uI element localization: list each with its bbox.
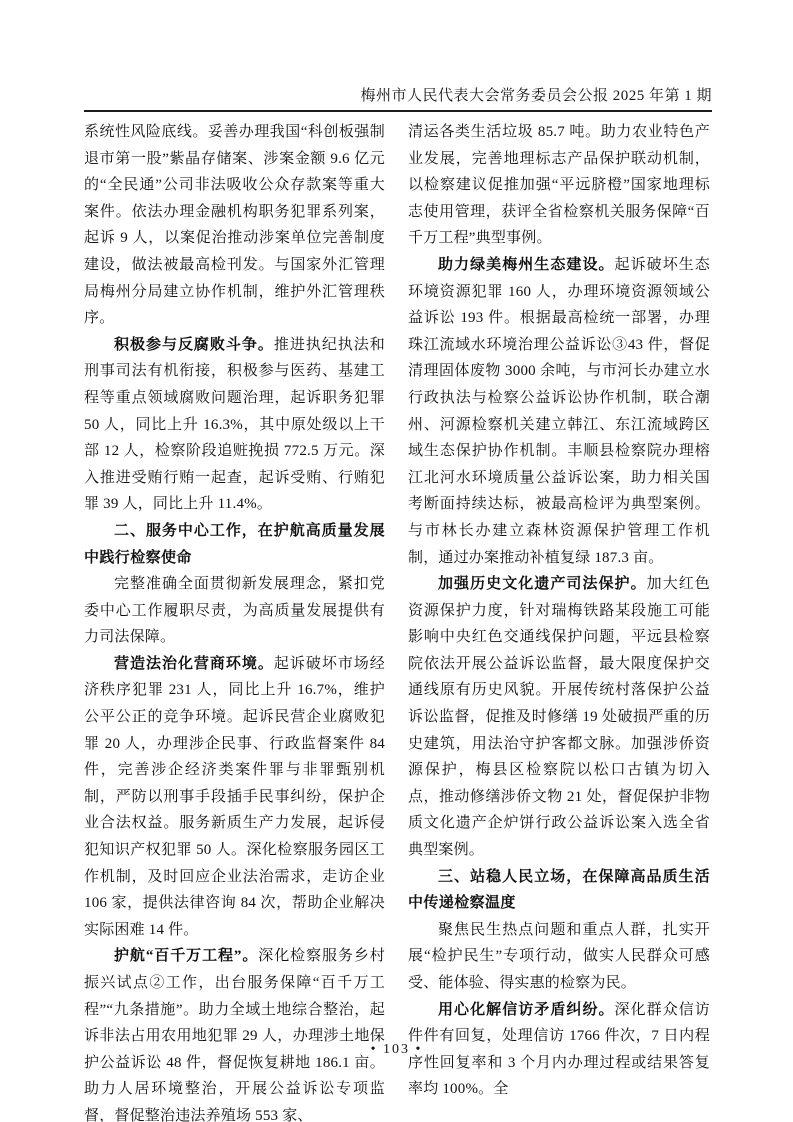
page-number: • 103 • <box>0 1042 793 1058</box>
right-column: 清运各类生活垃圾 85.7 吨。助力农业特色产业发展，完善地理标志产品保护联动机… <box>408 119 710 1103</box>
paragraph-lead: 用心化解信访矛盾纠纷。 <box>438 1002 615 1018</box>
paragraph: 完整准确全面贯彻新发展理念，紧扣党委中心工作履职尽责，为高质量发展提供有力司法保… <box>84 571 385 651</box>
paragraph: 系统性风险底线。妥善办理我国“科创板强制退市第一股”紫晶存储案、涉案金额 9.6… <box>84 119 385 332</box>
paragraph-lead: 护航“百千万工程”。 <box>114 948 258 964</box>
paragraph-lead: 加强历史文化遗产司法保护。 <box>438 576 647 592</box>
paragraph-text: 加大红色资源保护力度，针对瑞梅铁路某段施工可能影响中央红色交通线保护问题，平远县… <box>408 576 710 858</box>
section-heading-text: 三、站稳人民立场，在保障高品质生活中传递检察温度 <box>408 868 710 912</box>
paragraph: 护航“百千万工程”。深化检察服务乡村振兴试点②工作，出台服务保障“百千万工程”“… <box>84 943 385 1122</box>
paragraph-lead: 营造法治化营商环境。 <box>114 656 274 672</box>
section-heading: 二、服务中心工作，在护航高质量发展中践行检察使命 <box>84 518 385 571</box>
paragraph: 清运各类生活垃圾 85.7 吨。助力农业特色产业发展，完善地理标志产品保护联动机… <box>408 119 710 252</box>
header-rule <box>84 110 712 112</box>
section-heading-text: 二、服务中心工作，在护航高质量发展中践行检察使命 <box>84 522 385 566</box>
section-heading: 三、站稳人民立场，在保障高品质生活中传递检察温度 <box>408 864 710 917</box>
paragraph-text: 聚焦民生热点问题和重点人群，扎实开展“检护民生”专项行动，做实人民群众可感受、能… <box>408 922 710 991</box>
paragraph: 聚焦民生热点问题和重点人群，扎实开展“检护民生”专项行动，做实人民群众可感受、能… <box>408 917 710 997</box>
paragraph-text: 起诉破坏生态环境资源犯罪 160 人，办理环境资源领域公益诉讼 193 件。根据… <box>408 257 710 566</box>
paragraph-lead: 助力绿美梅州生态建设。 <box>438 257 615 273</box>
paragraph-text: 推进执纪执法和刑事司法有机衔接，积极参与医药、基建工程等重点领域腐败问题治理，起… <box>84 337 385 513</box>
paragraph: 积极参与反腐败斗争。推进执纪执法和刑事司法有机衔接，积极参与医药、基建工程等重点… <box>84 332 385 518</box>
paragraph-text: 起诉破坏市场经济秩序犯罪 231 人，同比上升 16.7%，维护公平公正的竞争环… <box>84 656 385 938</box>
document-page: 梅州市人民代表大会常务委员会公报 2025 年第 1 期 系统性风险底线。妥善办… <box>0 0 793 1122</box>
paragraph: 营造法治化营商环境。起诉破坏市场经济秩序犯罪 231 人，同比上升 16.7%，… <box>84 651 385 944</box>
paragraph-text: 系统性风险底线。妥善办理我国“科创板强制退市第一股”紫晶存储案、涉案金额 9.6… <box>84 124 385 326</box>
paragraph: 加强历史文化遗产司法保护。加大红色资源保护力度，针对瑞梅铁路某段施工可能影响中央… <box>408 571 710 864</box>
paragraph: 助力绿美梅州生态建设。起诉破坏生态环境资源犯罪 160 人，办理环境资源领域公益… <box>408 252 710 571</box>
paragraph-text: 完整准确全面贯彻新发展理念，紧扣党委中心工作履职尽责，为高质量发展提供有力司法保… <box>84 576 385 645</box>
paragraph-text: 深化检察服务乡村振兴试点②工作，出台服务保障“百千万工程”“九条措施”。助力全域… <box>84 948 385 1122</box>
running-header-title: 梅州市人民代表大会常务委员会公报 2025 年第 1 期 <box>84 84 712 105</box>
paragraph-text: 清运各类生活垃圾 85.7 吨。助力农业特色产业发展，完善地理标志产品保护联动机… <box>408 124 710 246</box>
paragraph-lead: 积极参与反腐败斗争。 <box>114 337 274 353</box>
left-column: 系统性风险底线。妥善办理我国“科创板强制退市第一股”紫晶存储案、涉案金额 9.6… <box>84 119 385 1122</box>
